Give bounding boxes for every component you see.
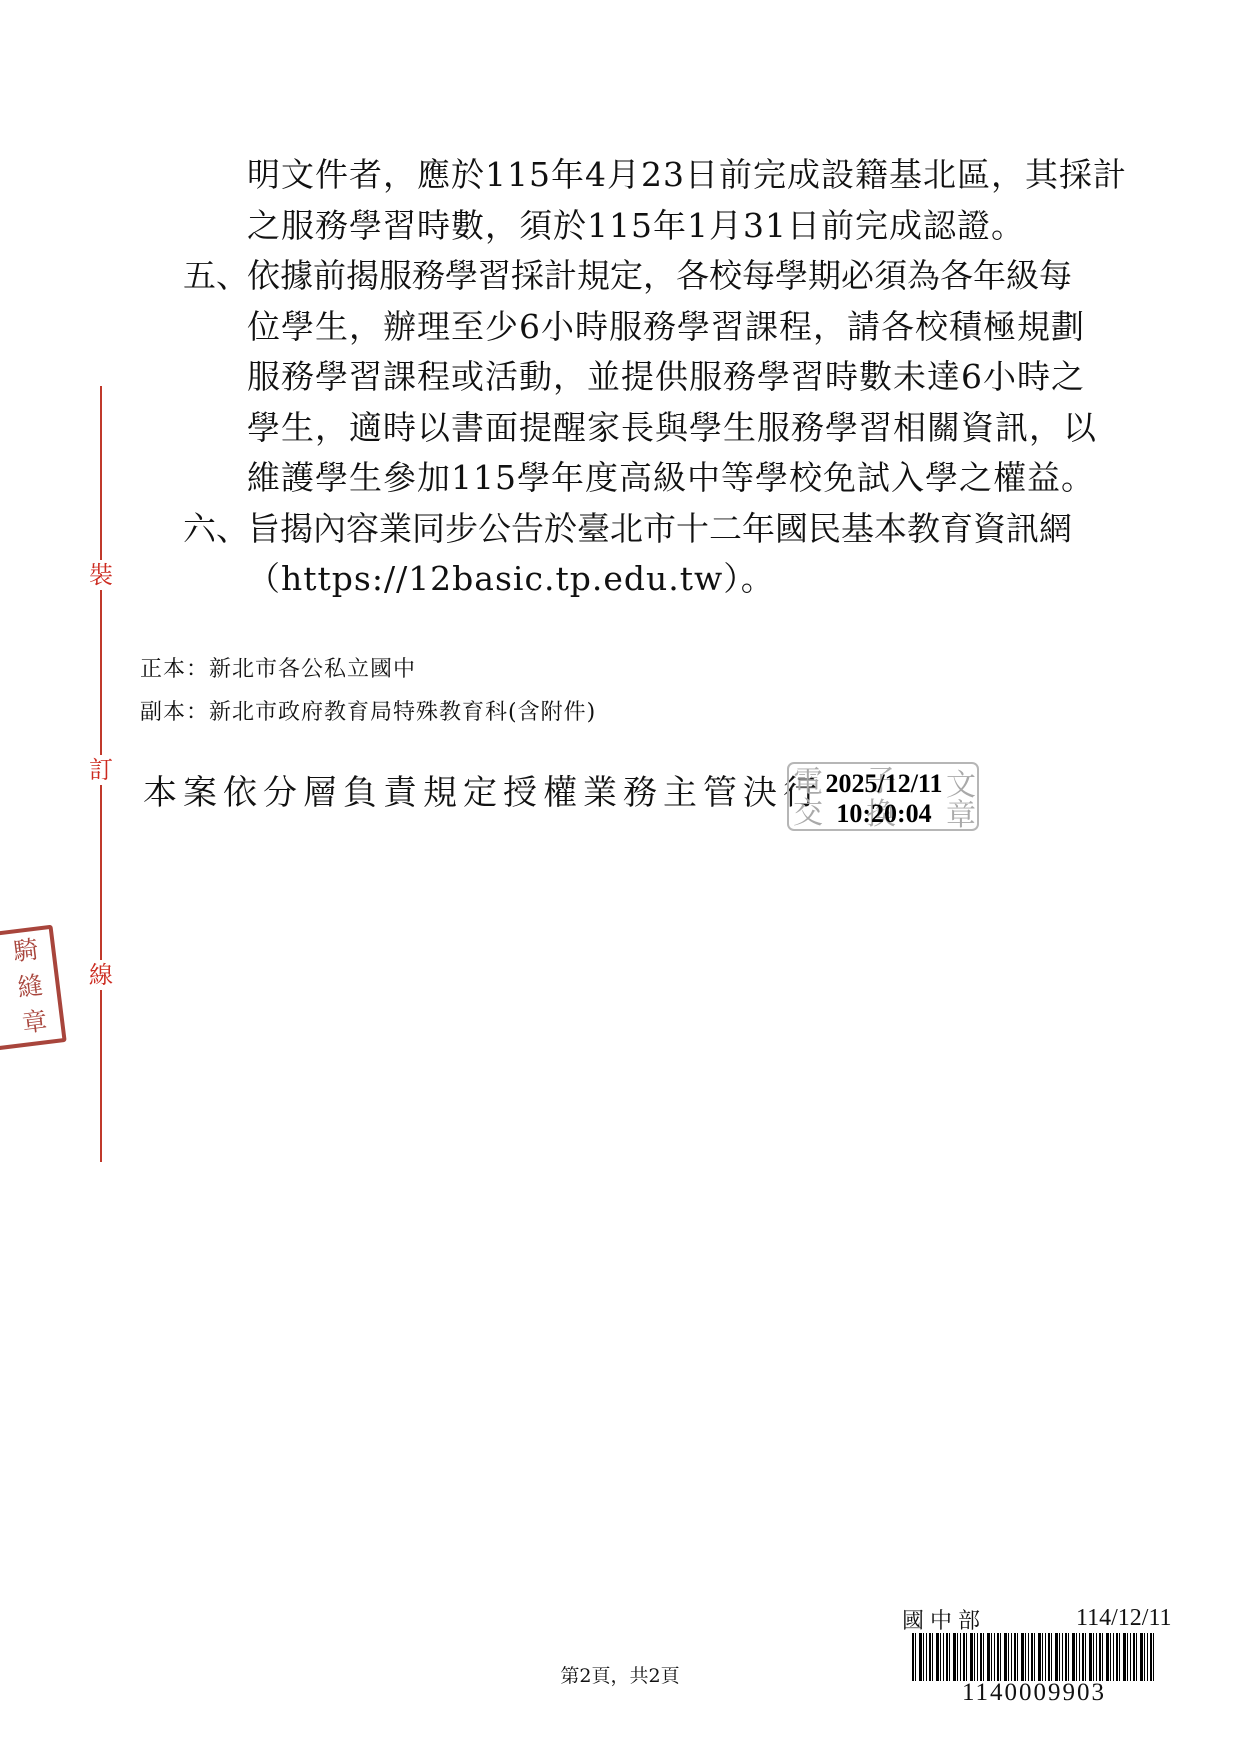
page-indicator: 第2頁，共2頁 — [500, 1661, 740, 1688]
paragraph-text: 之服務學習時數，須於115年1月31日前完成認證。 — [247, 206, 1025, 245]
paragraph-text: 明文件者，應於115年4月23日前完成設籍基北區，其採計 — [247, 155, 1127, 194]
binding-mark: 裝 — [87, 560, 115, 590]
paragraph-line: 位學生，辦理至少6小時服務學習課程，請各校積極規劃 — [183, 302, 1083, 353]
recipient-label: 正本： — [140, 657, 209, 682]
body-paragraphs: 明文件者，應於115年4月23日前完成設籍基北區，其採計 之服務學習時數，須於1… — [183, 150, 1083, 605]
document-page: 明文件者，應於115年4月23日前完成設籍基北區，其採計 之服務學習時數，須於1… — [0, 0, 1240, 1754]
seam-stamp-char: 縫 — [16, 972, 44, 1000]
recipients-block: 正本：新北市各公私立國中 副本：新北市政府教育局特殊教育科(含附件) — [140, 648, 596, 734]
paragraph-line: 六、旨揭內容業同步公告於臺北市十二年國民基本教育資訊網 — [183, 504, 247, 555]
footer-department: 國中部 — [902, 1604, 986, 1635]
paragraph-line: 明文件者，應於115年4月23日前完成設籍基北區，其採計 — [183, 150, 1083, 201]
paragraph-text: 學生，適時以書面提醒家長與學生服務學習相關資訊，以 — [247, 408, 1097, 447]
stamp-date: 2025/12/11 — [819, 770, 949, 798]
list-number: 五、 — [183, 251, 247, 302]
binding-mark: 線 — [87, 960, 115, 990]
paragraph-text: 旨揭內容業同步公告於臺北市十二年國民基本教育資訊網 — [247, 509, 1072, 548]
paragraph-text: 服務學習課程或活動，並提供服務學習時數未達6小時之 — [247, 357, 1085, 396]
stamp-char: 章 — [946, 801, 976, 831]
binding-mark: 訂 — [87, 755, 115, 785]
barcode — [912, 1633, 1156, 1681]
stamp-time: 10:20:04 — [819, 800, 949, 828]
paragraph-line: 服務學習課程或活動，並提供服務學習時數未達6小時之 — [183, 352, 1083, 403]
paragraph-text: 維護學生參加115學年度高級中等學校免試入學之權益。 — [247, 458, 1095, 497]
seam-stamp-char: 騎 — [12, 937, 40, 965]
list-number: 六、 — [183, 504, 247, 555]
document-number: 1140009903 — [912, 1679, 1156, 1707]
paragraph-line: 學生，適時以書面提醒家長與學生服務學習相關資訊，以 — [183, 403, 1083, 454]
paragraph-text: 位學生，辦理至少6小時服務學習課程，請各校積極規劃 — [247, 307, 1085, 346]
recipient-label: 副本： — [140, 700, 209, 725]
decision-note: 本案依分層負責規定授權業務主管決行 — [143, 765, 823, 814]
footer-date: 114/12/11 — [1076, 1605, 1172, 1632]
paragraph-line: （https://12basic.tp.edu.tw）。 — [183, 554, 1083, 605]
recipient-line: 副本：新北市政府教育局特殊教育科(含附件) — [140, 691, 596, 734]
seam-stamp-char: 章 — [21, 1008, 49, 1036]
electronic-exchange-stamp: 電 交 子 換 文 章 2025/12/11 10:20:04 — [787, 762, 979, 831]
recipient-value: 新北市各公私立國中 — [209, 657, 416, 682]
recipient-value: 新北市政府教育局特殊教育科(含附件) — [209, 700, 596, 725]
paragraph-line: 之服務學習時數，須於115年1月31日前完成認證。 — [183, 201, 1083, 252]
paragraph-text: （https://12basic.tp.edu.tw）。 — [247, 559, 775, 598]
stamp-char: 文 — [946, 771, 976, 801]
paragraph-line: 五、依據前揭服務學習採計規定，各校每學期必須為各年級每 — [183, 251, 247, 302]
paragraph-line: 維護學生參加115學年度高級中等學校免試入學之權益。 — [183, 453, 1083, 504]
recipient-line: 正本：新北市各公私立國中 — [140, 648, 596, 691]
seam-stamp: 騎 縫 章 — [0, 925, 67, 1058]
paragraph-text: 依據前揭服務學習採計規定，各校每學期必須為各年級每 — [247, 256, 1072, 295]
